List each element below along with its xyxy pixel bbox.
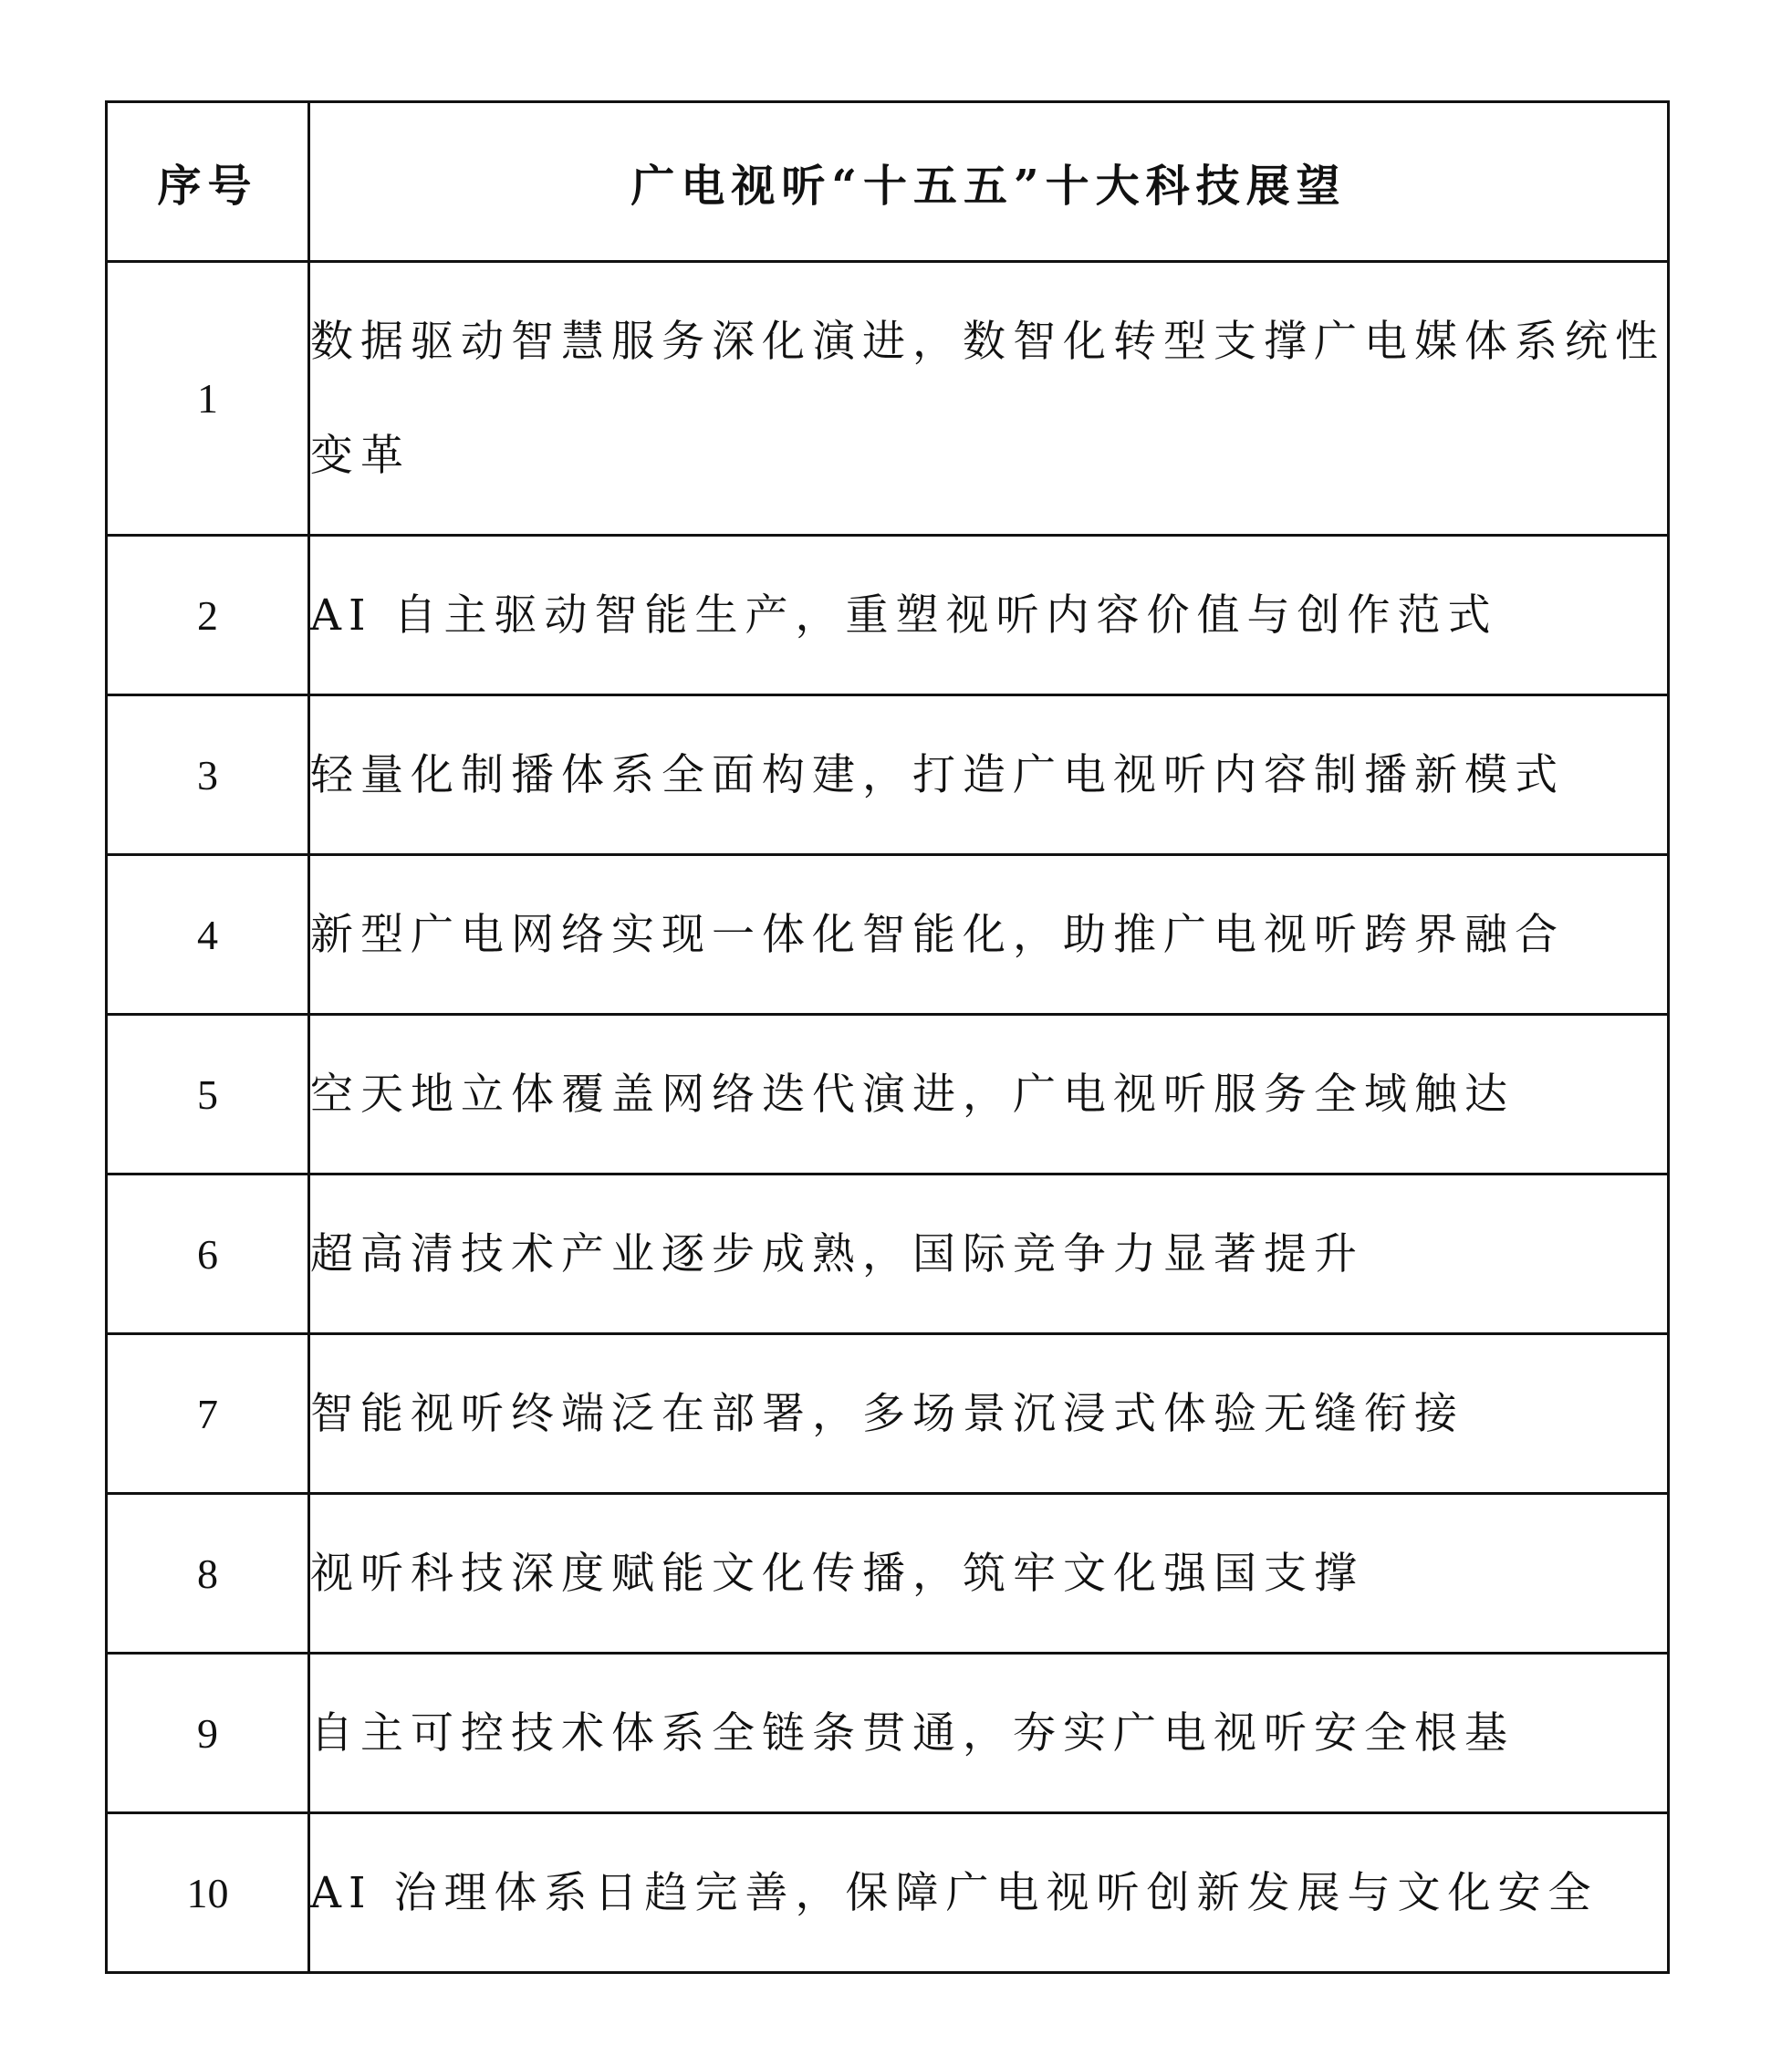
table-row: 10 AI 治理体系日趋完善，保障广电视听创新发展与文化安全 <box>107 1813 1669 1973</box>
tech-outlook-table: 序号 广电视听“十五五”十大科技展望 1 数据驱动智慧服务深化演进，数智化转型支… <box>105 100 1670 1974</box>
table-row: 8 视听科技深度赋能文化传播，筑牢文化强国支撑 <box>107 1494 1669 1654</box>
table-row: 4 新型广电网络实现一体化智能化，助推广电视听跨界融合 <box>107 855 1669 1015</box>
table-row: 6 超高清技术产业逐步成熟，国际竞争力显著提升 <box>107 1174 1669 1334</box>
row-number: 5 <box>107 1015 309 1174</box>
table-row: 9 自主可控技术体系全链条贯通，夯实广电视听安全根基 <box>107 1654 1669 1813</box>
header-title: 广电视听“十五五”十大科技展望 <box>309 102 1669 262</box>
header-number: 序号 <box>107 102 309 262</box>
row-text: 数据驱动智慧服务深化演进，数智化转型支撑广电媒体系统性变革 <box>309 262 1669 536</box>
table-row: 5 空天地立体覆盖网络迭代演进，广电视听服务全域触达 <box>107 1015 1669 1174</box>
document-page: 序号 广电视听“十五五”十大科技展望 1 数据驱动智慧服务深化演进，数智化转型支… <box>0 0 1792 2067</box>
row-text: 轻量化制播体系全面构建，打造广电视听内容制播新模式 <box>309 695 1669 855</box>
row-text: 自主可控技术体系全链条贯通，夯实广电视听安全根基 <box>309 1654 1669 1813</box>
row-text: 空天地立体覆盖网络迭代演进，广电视听服务全域触达 <box>309 1015 1669 1174</box>
table-row: 3 轻量化制播体系全面构建，打造广电视听内容制播新模式 <box>107 695 1669 855</box>
row-text: 智能视听终端泛在部署，多场景沉浸式体验无缝衔接 <box>309 1334 1669 1494</box>
row-text: 超高清技术产业逐步成熟，国际竞争力显著提升 <box>309 1174 1669 1334</box>
row-number: 2 <box>107 536 309 695</box>
row-text: AI 自主驱动智能生产，重塑视听内容价值与创作范式 <box>309 536 1669 695</box>
table-header-row: 序号 广电视听“十五五”十大科技展望 <box>107 102 1669 262</box>
row-number: 10 <box>107 1813 309 1973</box>
row-text: 新型广电网络实现一体化智能化，助推广电视听跨界融合 <box>309 855 1669 1015</box>
row-number: 8 <box>107 1494 309 1654</box>
row-text: AI 治理体系日趋完善，保障广电视听创新发展与文化安全 <box>309 1813 1669 1973</box>
row-number: 3 <box>107 695 309 855</box>
row-text: 视听科技深度赋能文化传播，筑牢文化强国支撑 <box>309 1494 1669 1654</box>
table-row: 7 智能视听终端泛在部署，多场景沉浸式体验无缝衔接 <box>107 1334 1669 1494</box>
table-row: 1 数据驱动智慧服务深化演进，数智化转型支撑广电媒体系统性变革 <box>107 262 1669 536</box>
row-number: 6 <box>107 1174 309 1334</box>
table-row: 2 AI 自主驱动智能生产，重塑视听内容价值与创作范式 <box>107 536 1669 695</box>
row-number: 1 <box>107 262 309 536</box>
row-number: 7 <box>107 1334 309 1494</box>
row-number: 4 <box>107 855 309 1015</box>
row-number: 9 <box>107 1654 309 1813</box>
